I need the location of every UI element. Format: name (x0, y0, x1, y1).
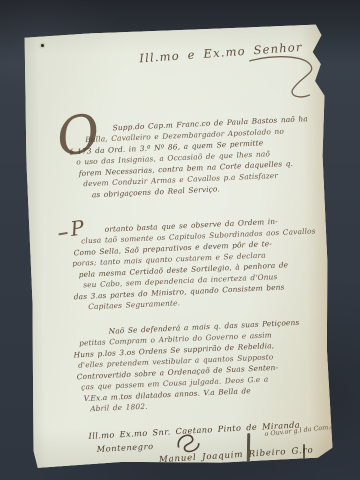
addressee-surname: Montenegro (96, 440, 154, 455)
margin-ink-dash (59, 232, 68, 235)
photo-background: Ill.mo e Ex.mo Senhor O Supp.do Cap.m Fr… (0, 0, 360, 480)
pen-swash-icon (247, 52, 322, 109)
ink-smudge (303, 444, 305, 480)
paragraph-2: P ortanto basta que se observe da Ordem … (70, 213, 330, 313)
pinhole-mark (41, 44, 44, 47)
ink-blot (244, 463, 250, 470)
paragraph-3: Naõ Se defenderá a mais q. das suas Peti… (72, 315, 332, 415)
paragraph-1: O Supp.do Cap.m Franc.co de Paula Bastos… (64, 113, 323, 202)
manuscript-paper: Ill.mo e Ex.mo Senhor O Supp.do Cap.m Fr… (23, 24, 337, 470)
ink-smudge (247, 433, 250, 479)
